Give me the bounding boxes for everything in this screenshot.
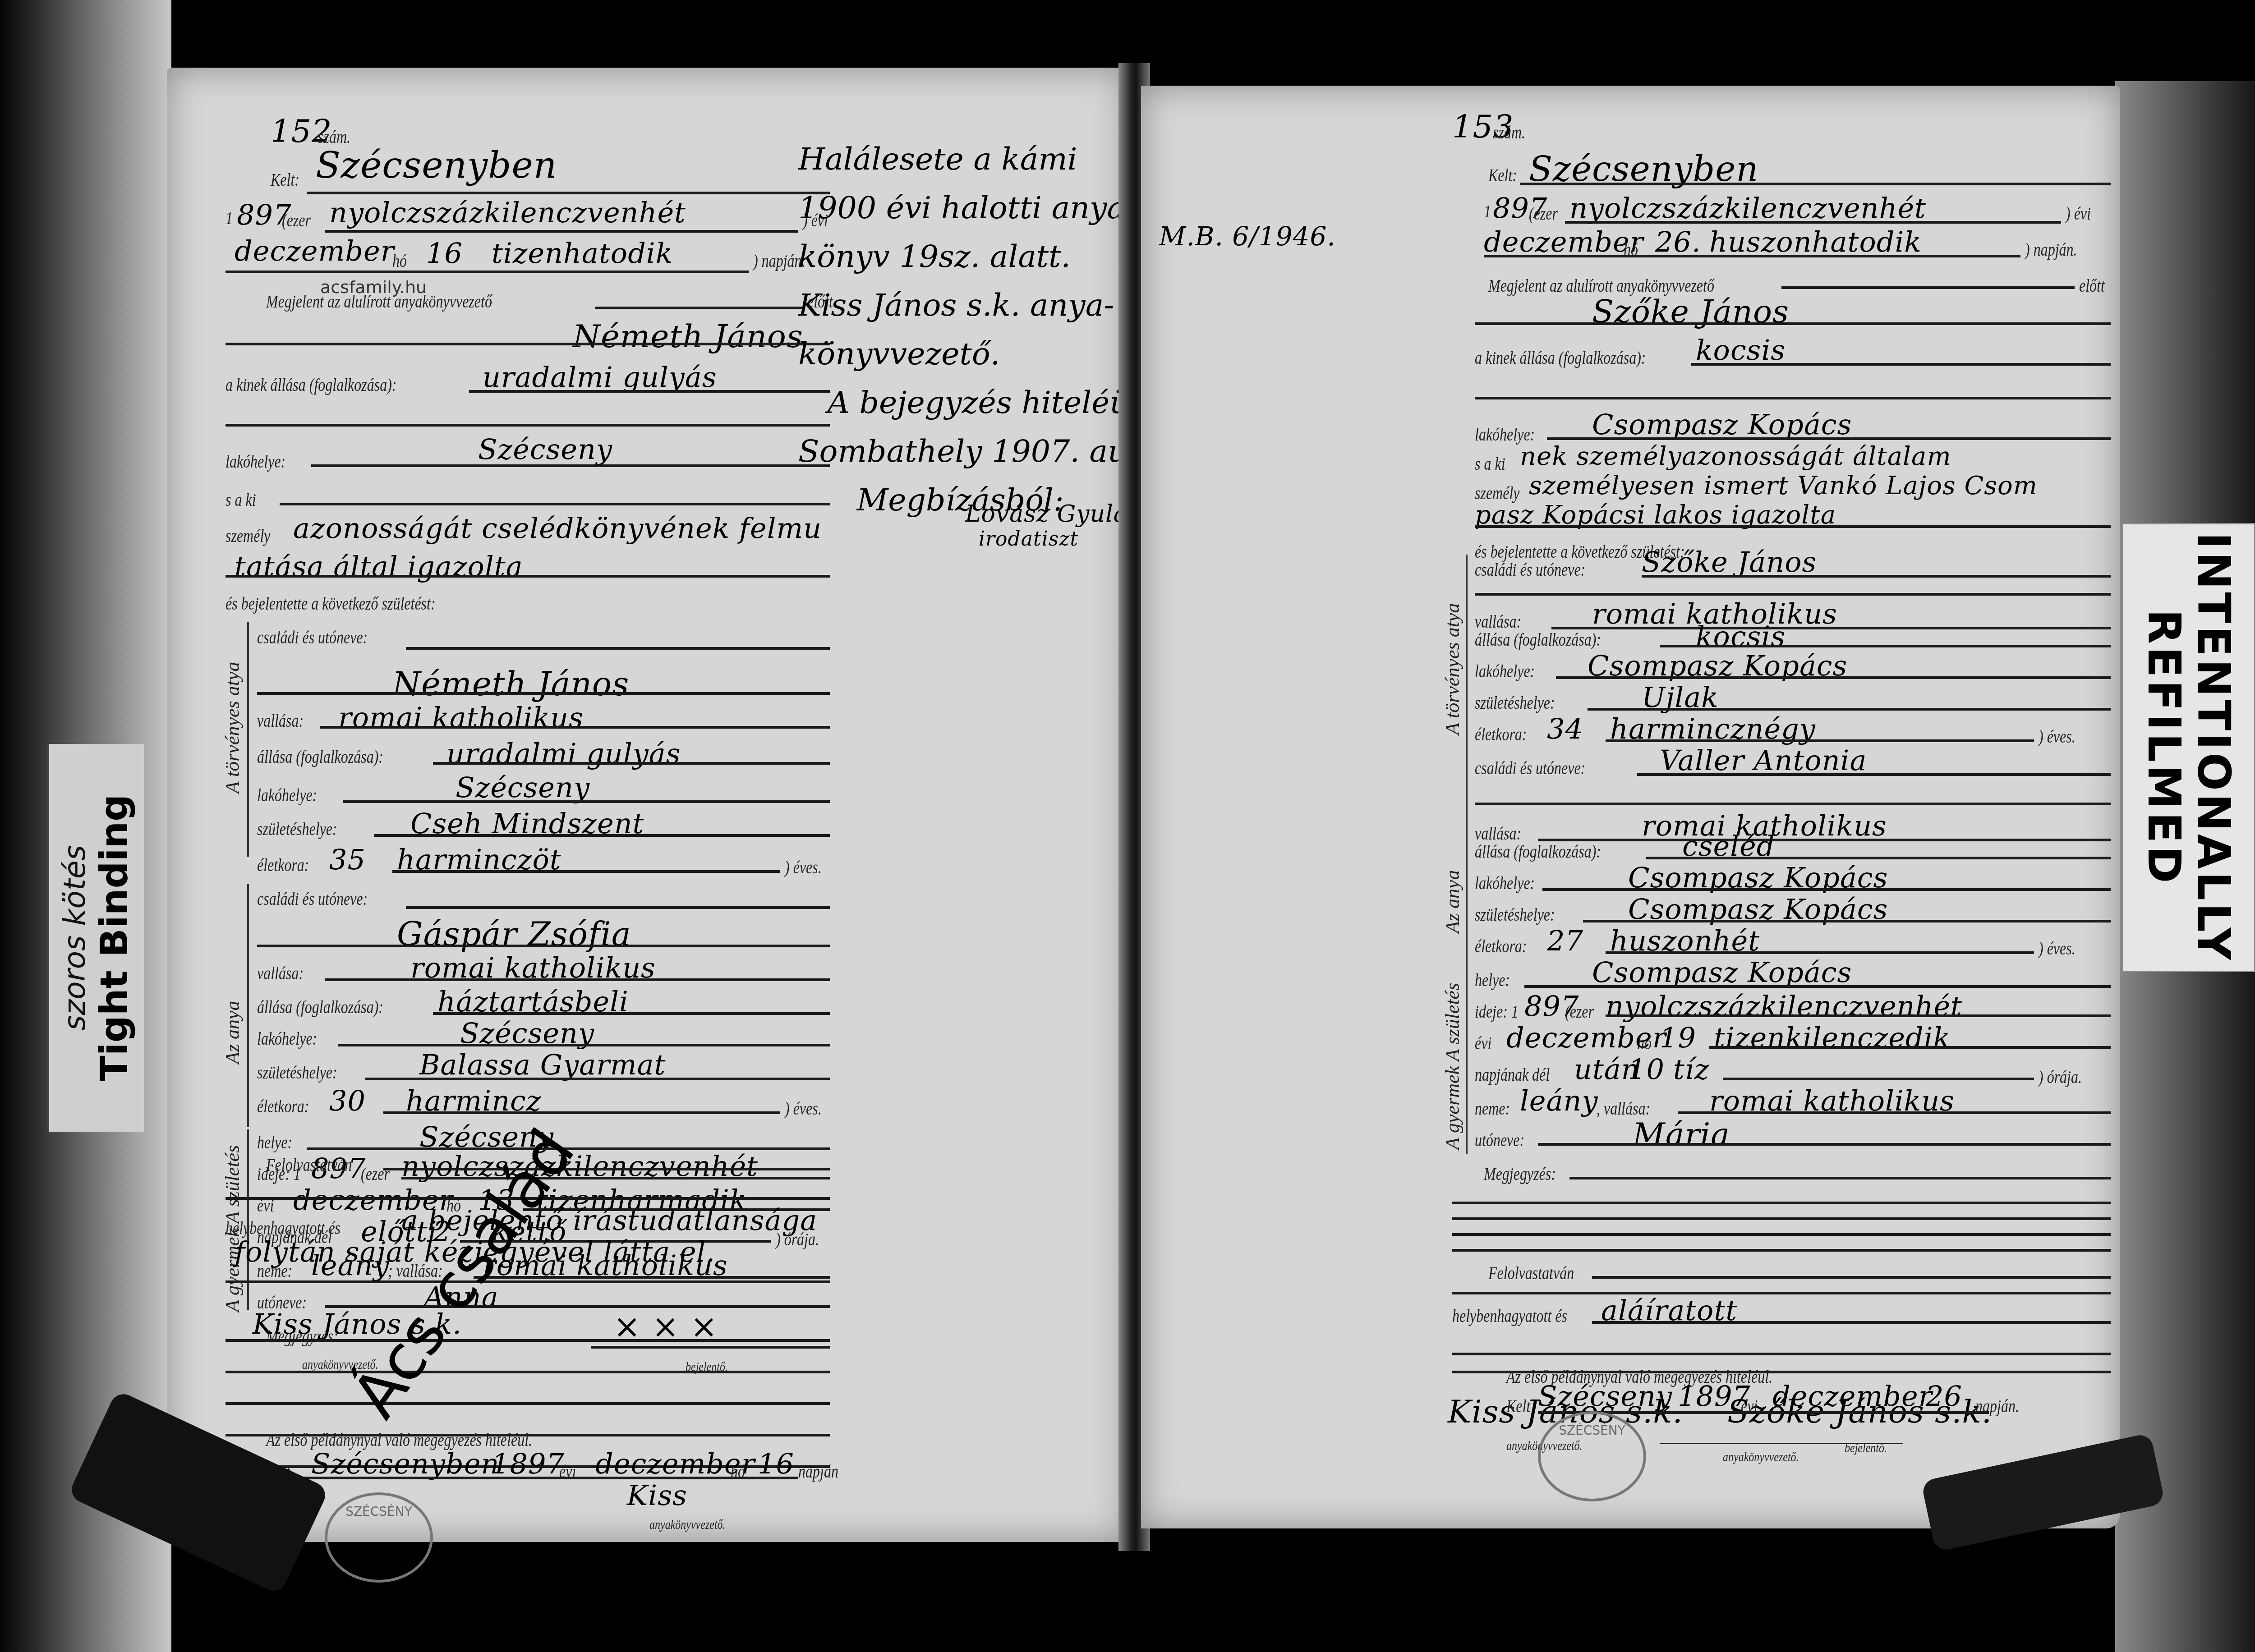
mother-section-label: Az anya [221,1000,244,1064]
rule [1709,1046,2111,1049]
father-occupation-label: állása (foglalkozása): [257,746,383,767]
father-residence-label: lakóhelye: [257,785,317,806]
identity-line-2: tatása által igazolta [235,550,523,583]
rule [1547,437,2111,440]
rule [257,945,830,947]
kelt-label: Kelt: [1488,165,1517,186]
year-prefix: 1 [1484,201,1491,222]
father-occupation: kocsis [1696,620,1786,653]
rule [1452,1217,2111,1220]
child-name-label: utóneve: [1475,1129,1524,1151]
father-section-label: A törvényes atya [1441,603,1464,735]
rule [1781,286,2075,289]
day: 26. [1655,225,1701,258]
father-occupation: uradalmi gulyás [446,737,681,770]
mother-birthplace-label: születéshelye: [1475,904,1555,925]
mother-age-label: életkora: [1475,936,1527,957]
mother-occupation-label: állása (foglalkozása): [1475,841,1601,862]
rule [225,1280,830,1283]
rule [469,390,830,393]
megjegyzes-label: Megjegyzés: [1484,1163,1556,1184]
rule [1660,1443,1903,1444]
rule [338,1044,830,1046]
father-name: Németh János [392,665,629,703]
rule [257,692,830,695]
rule [433,762,830,765]
saki-label: s a ki [225,489,256,510]
rule [374,834,830,837]
lakohelye-label: lakóhelye: [225,451,285,472]
binding-handwritten-note: szoros kötés [57,845,92,1031]
identity-line-1: azonosságát cselédkönyvének felmu [293,512,822,545]
birth-place: Csompasz Kopács [1592,956,1852,989]
birth-place-label: helye: [1475,969,1510,991]
copy-year: 1897 [1678,1380,1751,1413]
rule [225,343,830,345]
father-age: 34 [1547,712,1583,745]
father-name-label: családi és utóneve: [257,627,368,648]
mother-name-label: családi és utóneve: [1475,757,1585,779]
rule [591,1346,830,1349]
declarant-residence: Csompasz Kopács [1592,408,1852,441]
record-number-suffix: szám. [1493,122,1525,143]
birth-bracket [1466,965,1468,1154]
rule [280,503,830,505]
child-given-name: Mária [1633,1116,1730,1153]
rule [383,1168,830,1170]
father-bracket [247,622,249,857]
rule [1475,593,2111,596]
father-name: Szőke János [1642,546,1817,578]
bejelentette-label: és bejelentette a következő születést: [225,593,436,614]
tight-binding-tab: szoros kötés Tight Binding [47,744,144,1132]
elott-label: előtt [2079,275,2105,296]
father-birthplace-label: születéshelye: [1475,692,1555,713]
rule [595,307,803,309]
mother-section-label: Az anya [1441,870,1464,933]
rule [1588,708,2111,711]
father-age: 35 [329,843,366,876]
rule [1538,839,2111,841]
rule [1475,803,2111,805]
margin-note-signature-title: irodatiszt [979,528,1078,551]
rule [1606,739,2034,742]
rule [1637,773,2111,776]
rule [1646,857,2111,859]
copy-napjan-label: napján [798,1461,838,1482]
mother-name: Valler Antonia [1660,744,1867,777]
rule [325,978,830,981]
rule [406,906,830,909]
rule [1452,1292,2111,1294]
rule [225,271,749,273]
father-age-label: életkora: [1475,724,1527,745]
father-section-label: A törvényes atya [221,662,244,794]
copy-place: Szécseny [1538,1380,1672,1413]
rule [1520,183,2111,185]
birth-ho-label: hó [1637,1032,1652,1054]
copy-signature-label: anyakönyvvezető. [649,1517,726,1533]
father-name-label: családi és utóneve: [1475,559,1585,580]
felolvastatvan-label: Felolvastatván [1488,1262,1574,1284]
rule [307,192,830,194]
rule [1678,1111,2111,1114]
official-stamp: SZÉCSÉNY [1538,1411,1646,1501]
birth-ezer-label: (ezer [1565,1001,1594,1022]
declarant-label: bejelentő. [686,1359,728,1375]
mother-religion-label: vallása: [257,963,304,984]
rule [1606,1014,2111,1017]
rule [1524,985,2111,988]
day-words: tizenhatodik [492,237,673,270]
rule [1484,255,2020,257]
father-birthplace-label: születéshelye: [257,818,337,840]
ho-label: hó [392,250,407,271]
rule [320,726,830,729]
father-eves-label: ) éves. [785,857,822,878]
rule [302,1477,798,1479]
rule [1538,1143,2111,1146]
kelt-label: Kelt: [271,169,299,190]
rule [406,647,830,650]
copy-signature: Kiss [627,1479,687,1512]
binding-printed-label: Tight Binding [92,794,136,1082]
rule [225,575,830,578]
birth-day: 19 [1660,1021,1696,1054]
evi-label: ) évi [2066,203,2091,224]
rule [1452,1249,2111,1252]
allasa-label: a kinek állása (foglalkozása): [225,374,396,395]
identity-line-2: személyesen ismert Vankó Lajos Csom [1529,471,2038,500]
rule [1660,645,2111,647]
rule [1475,525,2111,528]
rule [1551,627,2111,629]
child-sex: leány [1520,1084,1598,1117]
saki-label: s a ki [1475,453,1505,474]
father-age-label: életkora: [257,854,309,876]
ezer-label: (ezer [282,210,311,231]
declarant-mark: × × × [613,1308,718,1345]
copy-place: Szécsenyben [311,1447,499,1480]
rule [1475,397,2111,399]
official-stamp: SZÉCSÉNY [325,1492,433,1583]
rule [392,870,780,873]
mother-birthplace-label: születéshelye: [257,1062,337,1083]
year-words: nyolczszázkilenczvenhét [1569,192,1926,225]
napjan-label: ) napján. [753,250,805,271]
mother-name-label: családi és utóneve: [257,888,368,909]
mother-bracket [247,884,249,1127]
refilmed-line-2: REFILMED [2139,609,2189,886]
father-residence: Szécseny [456,771,590,804]
father-bracket [1466,555,1468,780]
father-religion-label: vallása: [257,710,304,731]
margin-note-signature: Lovász Gyula [965,500,1128,528]
father-eves-label: ) éves. [2039,726,2076,747]
rule [1569,1177,2111,1179]
father-occupation-label: állása (foglalkozása): [1475,629,1601,650]
rule [311,464,830,467]
rule [433,1012,830,1015]
reference-note: M.B. 6/1946. [1159,221,1336,252]
szemely-label: személy [225,525,271,546]
copy-signature-label: anyakönyvvezető. [1723,1450,1799,1465]
day-words: huszonhatodik [1709,225,1922,258]
rule [1583,920,2111,922]
mother-eves-label: ) éves. [2039,938,2076,959]
rule [1475,322,2111,325]
birth-day-words: tizenkilenczedik [1714,1021,1951,1054]
mother-occupation-label: állása (foglalkozása): [257,996,383,1018]
declarant-occupation: kocsis [1696,334,1786,367]
birth-section-label: A gyermek A születés [1441,983,1464,1150]
copy-year: 1897 [492,1447,565,1480]
rule [1452,1233,2111,1236]
mother-birthplace: Balassa Gyarmat [419,1048,666,1081]
father-residence-label: lakóhelye: [1475,661,1535,682]
rule [1556,676,2111,679]
rule [1452,1202,2111,1204]
declarant-residence: Szécseny [478,433,612,466]
month: deczember [1484,225,1643,258]
helyben-label: helybenhagyatott és [1452,1305,1567,1326]
year-prefix: 1 [225,207,233,229]
rule [365,1078,830,1080]
refilmed-line-1: INTENTIONALLY [2189,532,2238,963]
rule [1542,888,2111,891]
declarant-occupation: uradalmi gulyás [483,361,717,394]
felolvastatvan-label: Felolvastatván [266,1154,352,1175]
rule [1606,951,2034,954]
rule [225,424,830,427]
napjan-label: ) napján. [2025,239,2077,260]
rule [1592,1276,2111,1279]
kelt-place: Szécsenyben [316,144,557,186]
megjelent-label: Megjelent az alulírott anyakönyvvezető [266,291,492,312]
copy-day: 16 [758,1447,794,1480]
birth-record-153: M.B. 6/1946. 153 szám. Kelt: Szécsenyben… [1141,86,2120,1528]
birth-time-label: ideje: 1 [1475,1001,1519,1022]
mother-age: 27 [1547,924,1583,957]
year-words: nyolczszázkilenczvenhét [329,196,686,229]
birth-record-152-closing: Felolvastatván helybenhagyatott és a bej… [167,1096,1127,1546]
birth-hour: 10 [1628,1053,1665,1086]
copy-month: deczember [1772,1380,1932,1413]
ezer-label: (ezer [1529,203,1558,224]
refilmed-tab: INTENTIONALLY REFILMED [2122,523,2255,972]
mother-residence-label: lakóhelye: [1475,872,1535,894]
child-sex-label: neme: [1475,1098,1510,1119]
rule [325,230,798,233]
copy-kelt-label: Kelt [1506,1395,1530,1417]
rule [343,800,830,803]
allasa-label: a kinek állása (foglalkozása): [1475,347,1646,368]
month: deczember [235,234,394,267]
day: 16 [426,237,463,270]
rule [1565,221,2061,224]
birth-evi-label: évi [1475,1032,1491,1054]
copy-day: 26 [1926,1380,1962,1413]
birth-oraja-label: ) órája. [2039,1066,2082,1088]
identity-line-1: nek személyazonosságát általam [1520,442,1951,471]
mother-residence-label: lakóhelye: [257,1028,317,1049]
father-religion: romai katholikus [338,701,584,734]
birth-year-words: nyolczszázkilenczvenhét [1606,990,1962,1023]
rule [1723,1078,2034,1080]
rule [1642,575,2111,578]
declarant-name: Németh János [573,318,803,355]
birth-hour-words: tíz [1673,1053,1709,1086]
mother-name: Gáspár Zsófia [397,915,631,953]
birth-napjanak-label: napjának dél [1475,1064,1550,1085]
rule [1691,363,2111,366]
rule [1592,1321,2111,1324]
